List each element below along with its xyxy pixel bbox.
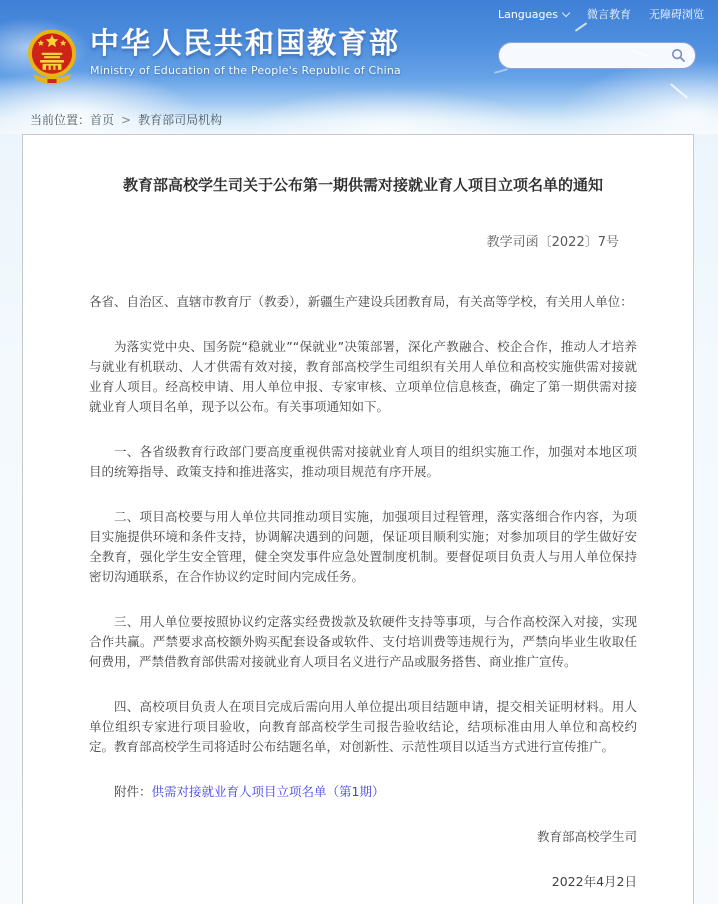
breadcrumb-current-link[interactable]: 教育部司局机构 — [138, 113, 222, 127]
languages-label: Languages — [498, 8, 558, 21]
dandelion-decoration — [575, 22, 588, 32]
cloud-decoration — [560, 60, 718, 134]
site-title: 中华人民共和国教育部 — [90, 27, 401, 60]
top-utility-links: Languages 微言教育 无障碍浏览 — [498, 6, 704, 22]
salutation-line: 各省、自治区、直辖市教育厅（教委），新疆生产建设兵团教育局，有关高等学校，有关用… — [89, 292, 637, 312]
document-number: 教学司函〔2022〕7号 — [89, 233, 619, 253]
site-search — [498, 42, 696, 69]
weiyan-education-link[interactable]: 微言教育 — [587, 6, 631, 22]
paragraph-item-3: 三、用人单位要按照协议约定落实经费拨款及软硬件支持等事项，与合作高校深入对接，实… — [89, 612, 637, 672]
breadcrumb: 当前位置：首页>教育部司局机构 — [30, 111, 222, 128]
search-input[interactable] — [499, 43, 671, 68]
notice-document: 教育部高校学生司关于公布第一期供需对接就业育人项目立项名单的通知 教学司函〔20… — [23, 135, 693, 892]
site-title-block: 中华人民共和国教育部 Ministry of Education of the … — [90, 27, 401, 77]
paragraph-intro: 为落实党中央、国务院“稳就业”“保就业”决策部署，深化产教融合、校企合作，推动人… — [89, 337, 637, 417]
breadcrumb-separator: > — [121, 113, 131, 127]
chevron-down-icon — [562, 8, 570, 16]
paragraph-item-2: 二、项目高校要与用人单位共同推动项目实施，加强项目过程管理，落实落细合作内容，为… — [89, 507, 637, 587]
notice-content-panel: 教育部高校学生司关于公布第一期供需对接就业育人项目立项名单的通知 教学司函〔20… — [22, 134, 694, 904]
site-logo[interactable]: 中华人民共和国教育部 Ministry of Education of the … — [26, 27, 401, 87]
languages-menu[interactable]: Languages — [498, 8, 569, 21]
attachment-link[interactable]: 供需对接就业育人项目立项名单（第1期） — [152, 784, 385, 799]
site-subtitle: Ministry of Education of the People's Re… — [90, 64, 401, 77]
site-header: Languages 微言教育 无障碍浏览 中华人民共和国教育部 Ministry… — [0, 0, 718, 134]
paragraph-item-1: 一、各省级教育行政部门要高度重视供需对接就业育人项目的组织实施工作，加强对本地区… — [89, 442, 637, 482]
search-icon[interactable] — [671, 48, 686, 63]
breadcrumb-home-link[interactable]: 首页 — [90, 113, 114, 127]
attachment-row: 附件：供需对接就业育人项目立项名单（第1期） — [89, 782, 637, 802]
cloud-decoration — [240, 88, 540, 134]
national-emblem-icon — [26, 27, 78, 87]
page-title: 教育部高校学生司关于公布第一期供需对接就业育人项目立项名单的通知 — [89, 175, 637, 195]
accessibility-link[interactable]: 无障碍浏览 — [649, 6, 704, 22]
signature: 教育部高校学生司 — [89, 827, 637, 847]
document-date: 2022年4月2日 — [89, 872, 637, 892]
breadcrumb-prefix: 当前位置： — [30, 113, 90, 127]
dandelion-decoration — [494, 68, 508, 74]
attachment-label: 附件： — [114, 784, 152, 799]
paragraph-item-4: 四、高校项目负责人在项目完成后需向用人单位提出项目结题申请，提交相关证明材料。用… — [89, 697, 637, 757]
